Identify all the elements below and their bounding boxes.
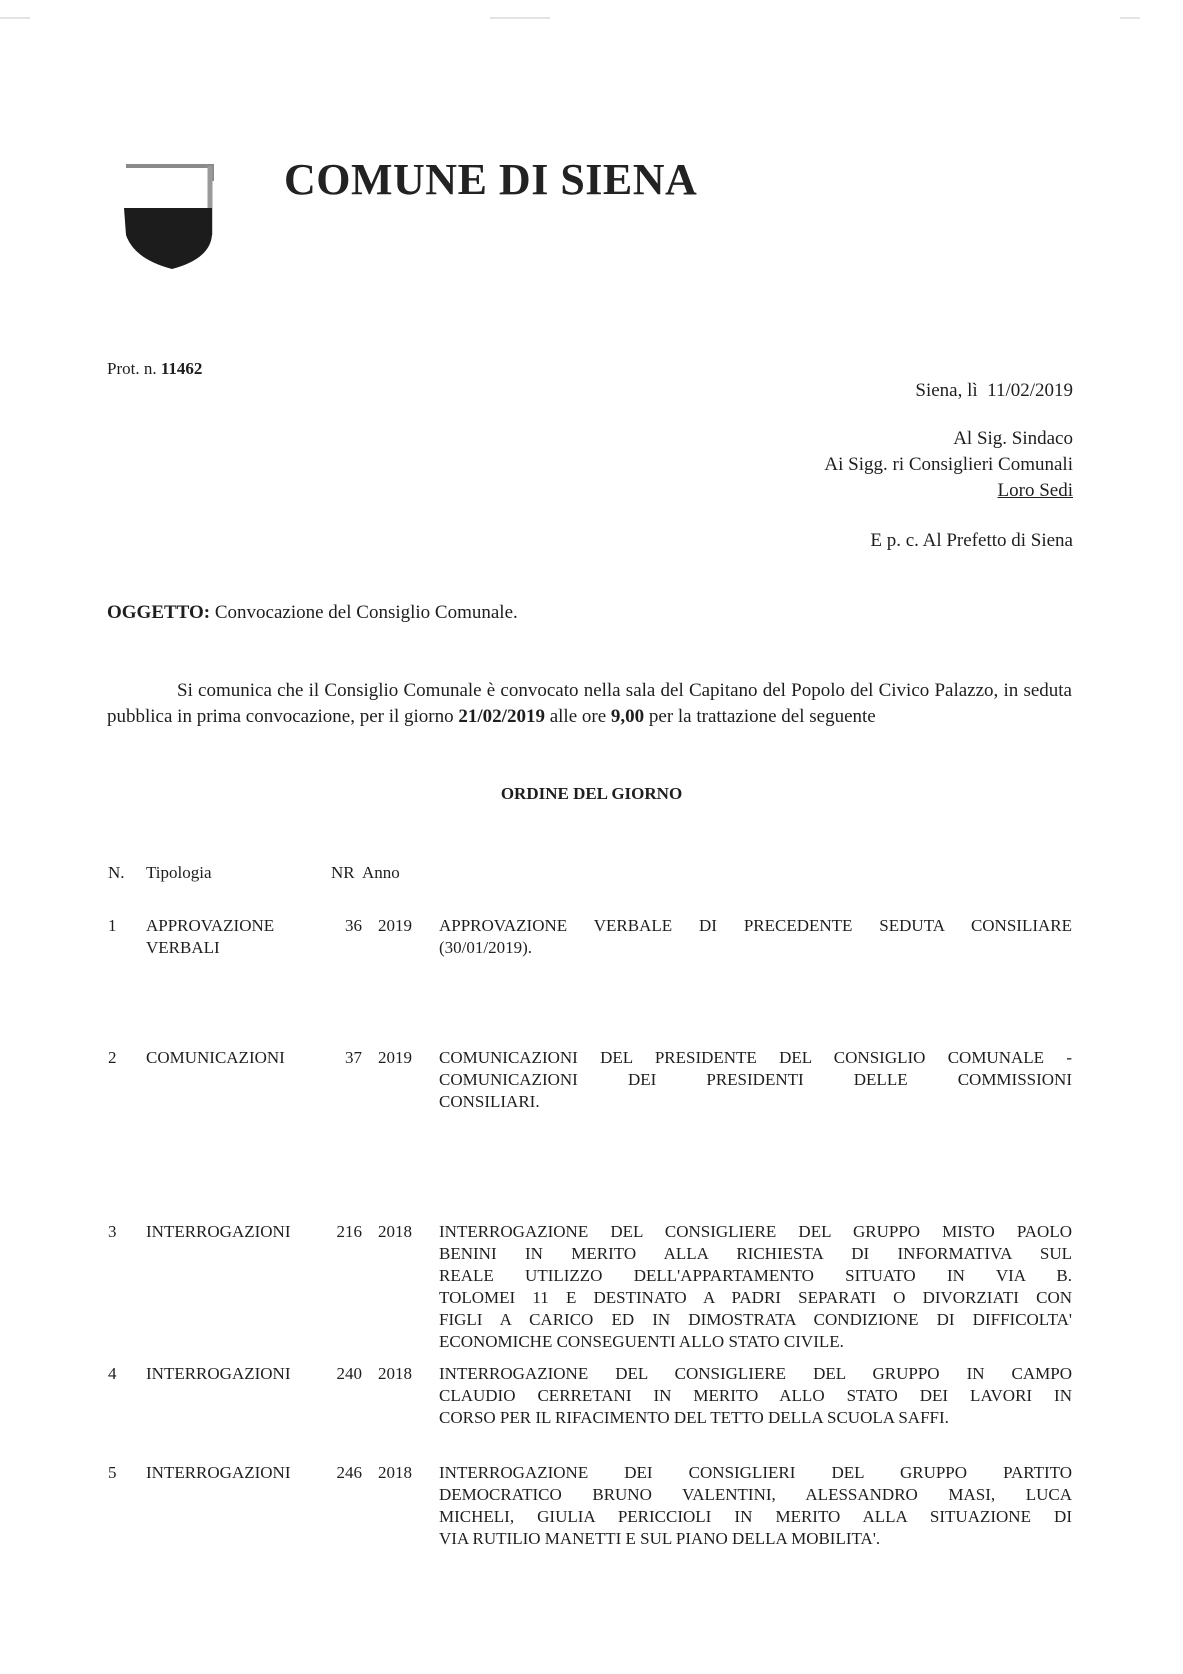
protocol-label: Prot. n.: [107, 359, 157, 378]
agenda-item-type: INTERROGAZIONI: [146, 1363, 316, 1385]
meeting-date: 21/02/2019: [458, 706, 545, 727]
scan-artifact: [490, 17, 550, 19]
column-header-tipologia: Tipologia: [146, 863, 212, 883]
column-header-anno: Anno: [362, 863, 400, 883]
agenda-item-year: 2019: [378, 1047, 428, 1069]
agenda-item-nr: 246: [320, 1462, 362, 1484]
subject-line: OGGETTO: Convocazione del Consiglio Comu…: [107, 601, 518, 625]
agenda-item-description: INTERROGAZIONE DEL CONSIGLIERE DEL GRUPP…: [439, 1221, 1072, 1353]
agenda-item-type: INTERROGAZIONI: [146, 1221, 316, 1243]
agenda-item-number: 2: [108, 1047, 128, 1069]
agenda-item-description: APPROVAZIONE VERBALE DI PRECEDENTE SEDUT…: [439, 915, 1072, 959]
column-header-nr: NR: [331, 863, 355, 883]
agenda-item-type: INTERROGAZIONI: [146, 1462, 316, 1484]
agenda-item-number: 1: [108, 915, 128, 937]
recipient-line: Ai Sigg. ri Consiglieri Comunali: [824, 452, 1073, 478]
agenda-item-nr: 37: [320, 1047, 362, 1069]
recipient-line: Al Sig. Sindaco: [824, 426, 1073, 452]
body-text: alle ore: [545, 706, 611, 727]
subject-label: OGGETTO:: [107, 602, 210, 623]
agenda-title: ORDINE DEL GIORNO: [0, 784, 1183, 804]
agenda-item-description: INTERROGAZIONE DEI CONSIGLIERI DEL GRUPP…: [439, 1462, 1072, 1550]
column-header-n: N.: [108, 863, 125, 883]
agenda-item-number: 5: [108, 1462, 128, 1484]
meeting-time: 9,00: [611, 706, 644, 727]
scan-artifact: [0, 17, 30, 19]
agenda-item-nr: 36: [320, 915, 362, 937]
agenda-item-nr: 216: [320, 1221, 362, 1243]
recipients-block: Al Sig. Sindaco Ai Sigg. ri Consiglieri …: [824, 426, 1073, 504]
protocol-value: 11462: [161, 359, 203, 378]
shield-crest-icon: [124, 163, 222, 271]
agenda-item-type: COMUNICAZIONI: [146, 1047, 316, 1069]
agenda-item-nr: 240: [320, 1363, 362, 1385]
agenda-item-year: 2018: [378, 1363, 428, 1385]
agenda-item-year: 2018: [378, 1221, 428, 1243]
agenda-item-year: 2018: [378, 1462, 428, 1484]
protocol-number: Prot. n. 11462: [107, 357, 202, 381]
agenda-item-number: 3: [108, 1221, 128, 1243]
agenda-item-type: APPROVAZIONEVERBALI: [146, 915, 316, 959]
scan-artifact: [1120, 17, 1140, 19]
agenda-item-year: 2019: [378, 915, 428, 937]
agenda-item-description: INTERROGAZIONE DEL CONSIGLIERE DEL GRUPP…: [439, 1363, 1072, 1429]
agenda-item-description: COMUNICAZIONI DEL PRESIDENTE DEL CONSIGL…: [439, 1047, 1072, 1113]
body-text: per la trattazione del seguente: [644, 706, 876, 727]
place-date: Siena, lì 11/02/2019: [915, 379, 1073, 403]
convocation-paragraph: Si comunica che il Consiglio Comunale è …: [107, 678, 1072, 730]
agenda-item-number: 4: [108, 1363, 128, 1385]
org-title: COMUNE DI SIENA: [284, 154, 697, 205]
cc-recipient: E p. c. Al Prefetto di Siena: [870, 529, 1073, 553]
subject-text: Convocazione del Consiglio Comunale.: [210, 602, 518, 623]
recipient-line: Loro Sedi: [824, 478, 1073, 504]
